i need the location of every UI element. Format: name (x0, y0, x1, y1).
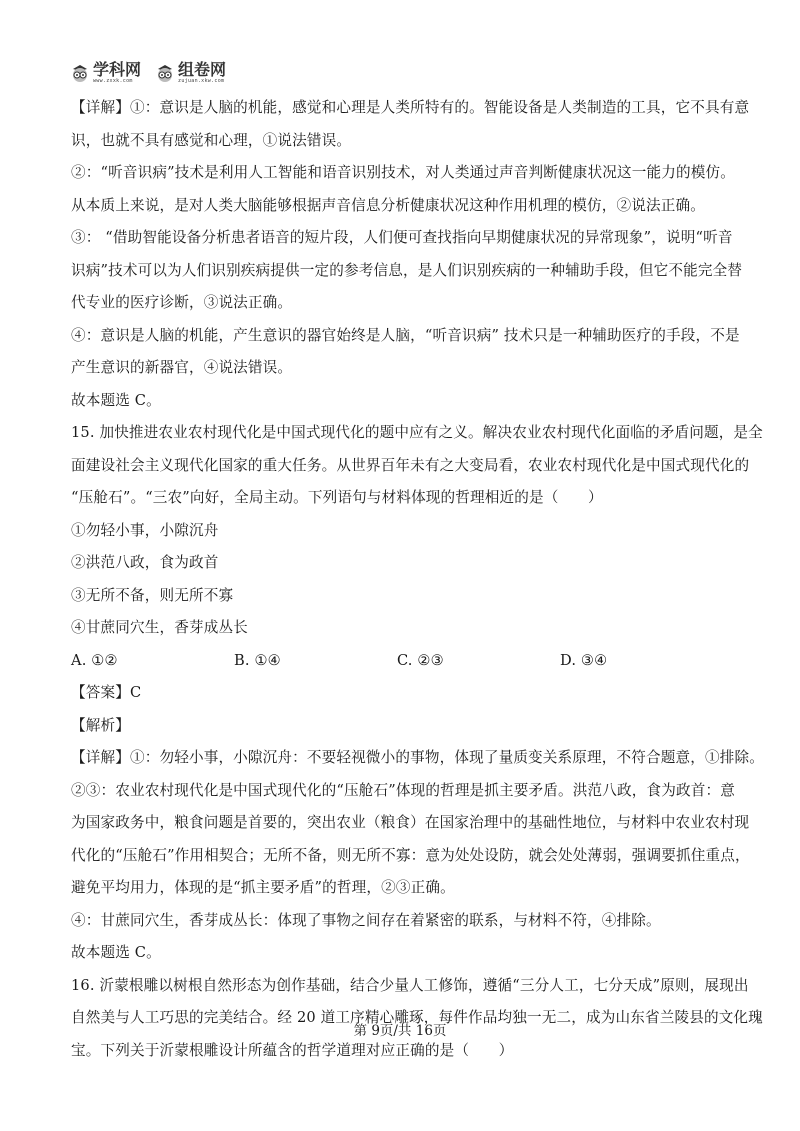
text-line: 识病”技术可以为人们识别疾病提供一定的参考信息，是人们识别疾病的一种辅助手段，但… (71, 255, 731, 288)
text-line: 产生意识的新器官，④说法错误。 (71, 352, 731, 385)
question-stem: 面建设社会主义现代化国家的重大任务。从世界百年未有之大变局看，农业农村现代化是中… (71, 450, 731, 483)
text-line: 代化的“压舱石”作用相契合；无所不备，则无所不寡：意为处处设防，就会处处薄弱，强… (71, 840, 731, 873)
logo-name: 学科网 (93, 62, 141, 78)
statement: ④甘蔗同穴生，香芽成丛长 (71, 612, 731, 645)
statement: ①勿轻小事，小隙沉舟 (71, 515, 731, 548)
text-line: 故本题选 C。 (71, 385, 731, 418)
answer: 【答案】C (71, 677, 731, 710)
answer-options: A. ①② B. ①④ C. ②③ D. ③④ (71, 645, 731, 678)
analysis-title: 【解析】 (71, 710, 731, 743)
logo-zujuan: 组卷网 zujuan.xkw.com (155, 62, 226, 84)
text-line: ③： “借助智能设备分析患者语音的短片段，人们便可查找指向早期健康状况的异常现象… (71, 222, 731, 255)
logo-url: zujuan.xkw.com (178, 79, 226, 84)
text-line: 【详解】①：勿轻小事，小隙沉舟：不要轻视微小的事物，体现了量质变关系原理，不符合… (71, 742, 731, 775)
text-line: ④：甘蔗同穴生，香芽成丛长：体现了事物之间存在着紧密的联系，与材料不符，④排除。 (71, 905, 731, 938)
page-number: 第 9页/共 16页 (354, 1023, 447, 1039)
text-line: ②③：农业农村现代化是中国式现代化的“压舱石”体现的哲理是抓主要矛盾。洪范八政，… (71, 775, 731, 808)
text-line: ④：意识是人脑的机能，产生意识的器官始终是人脑，“听音识病” 技术只是一种辅助医… (71, 320, 731, 353)
question-stem: 宝。下列关于沂蒙根雕设计所蕴含的哲学道理对应正确的是（ ） (71, 1035, 731, 1068)
mascot-owl-icon (70, 63, 90, 83)
logo-url: www.zxxk.com (93, 79, 141, 84)
logo-name: 组卷网 (178, 62, 226, 78)
document-body: 【详解】①：意识是人脑的机能，感觉和心理是人类所特有的。智能设备是人类制造的工具… (71, 92, 731, 1067)
option-a: A. ①② (71, 645, 234, 678)
mascot-owl-icon (155, 63, 175, 83)
question-15: 15. 加快推进农业农村现代化是中国式现代化的题中应有之义。解决农业农村现代化面… (71, 417, 731, 970)
logo-zxxk: 学科网 www.zxxk.com (70, 62, 141, 84)
text-line: 故本题选 C。 (71, 937, 731, 970)
statement: ②洪范八政，食为政首 (71, 547, 731, 580)
question-stem: 16. 沂蒙根雕以树根自然形态为创作基础，结合少量人工修饰，遵循“三分人工，七分… (71, 970, 731, 1003)
option-d: D. ③④ (560, 645, 723, 678)
text-line: ②：“听音识病”技术是利用人工智能和语音识别技术，对人类通过声音判断健康状况这一… (71, 157, 731, 190)
text-line: 为国家政务中，粮食问题是首要的，突出农业（粮食）在国家治理中的基础性地位，与材料… (71, 807, 731, 840)
text-line: 识，也就不具有感觉和心理，①说法错误。 (71, 125, 731, 158)
question-stem: 15. 加快推进农业农村现代化是中国式现代化的题中应有之义。解决农业农村现代化面… (71, 417, 731, 450)
option-b: B. ①④ (234, 645, 397, 678)
question-stem: “压舱石”。“三农”向好，全局主动。下列语句与材料体现的哲理相近的是（ ） (71, 482, 731, 515)
page-footer: 第 9页/共 16页 (0, 1019, 800, 1039)
text-line: 代专业的医疗诊断，③说法正确。 (71, 287, 731, 320)
text-line: 【详解】①：意识是人脑的机能，感觉和心理是人类所特有的。智能设备是人类制造的工具… (71, 92, 731, 125)
statement: ③无所不备，则无所不寡 (71, 580, 731, 613)
text-line: 从本质上来说，是对人类大脑能够根据声音信息分析健康状况这种作用机理的模仿，②说法… (71, 190, 731, 223)
header-logos: 学科网 www.zxxk.com 组卷网 zujuan.xkw.com (70, 58, 226, 88)
q14-analysis: 【详解】①：意识是人脑的机能，感觉和心理是人类所特有的。智能设备是人类制造的工具… (71, 92, 731, 417)
option-c: C. ②③ (397, 645, 560, 678)
text-line: 避免平均用力，体现的是“抓主要矛盾”的哲理，②③正确。 (71, 872, 731, 905)
